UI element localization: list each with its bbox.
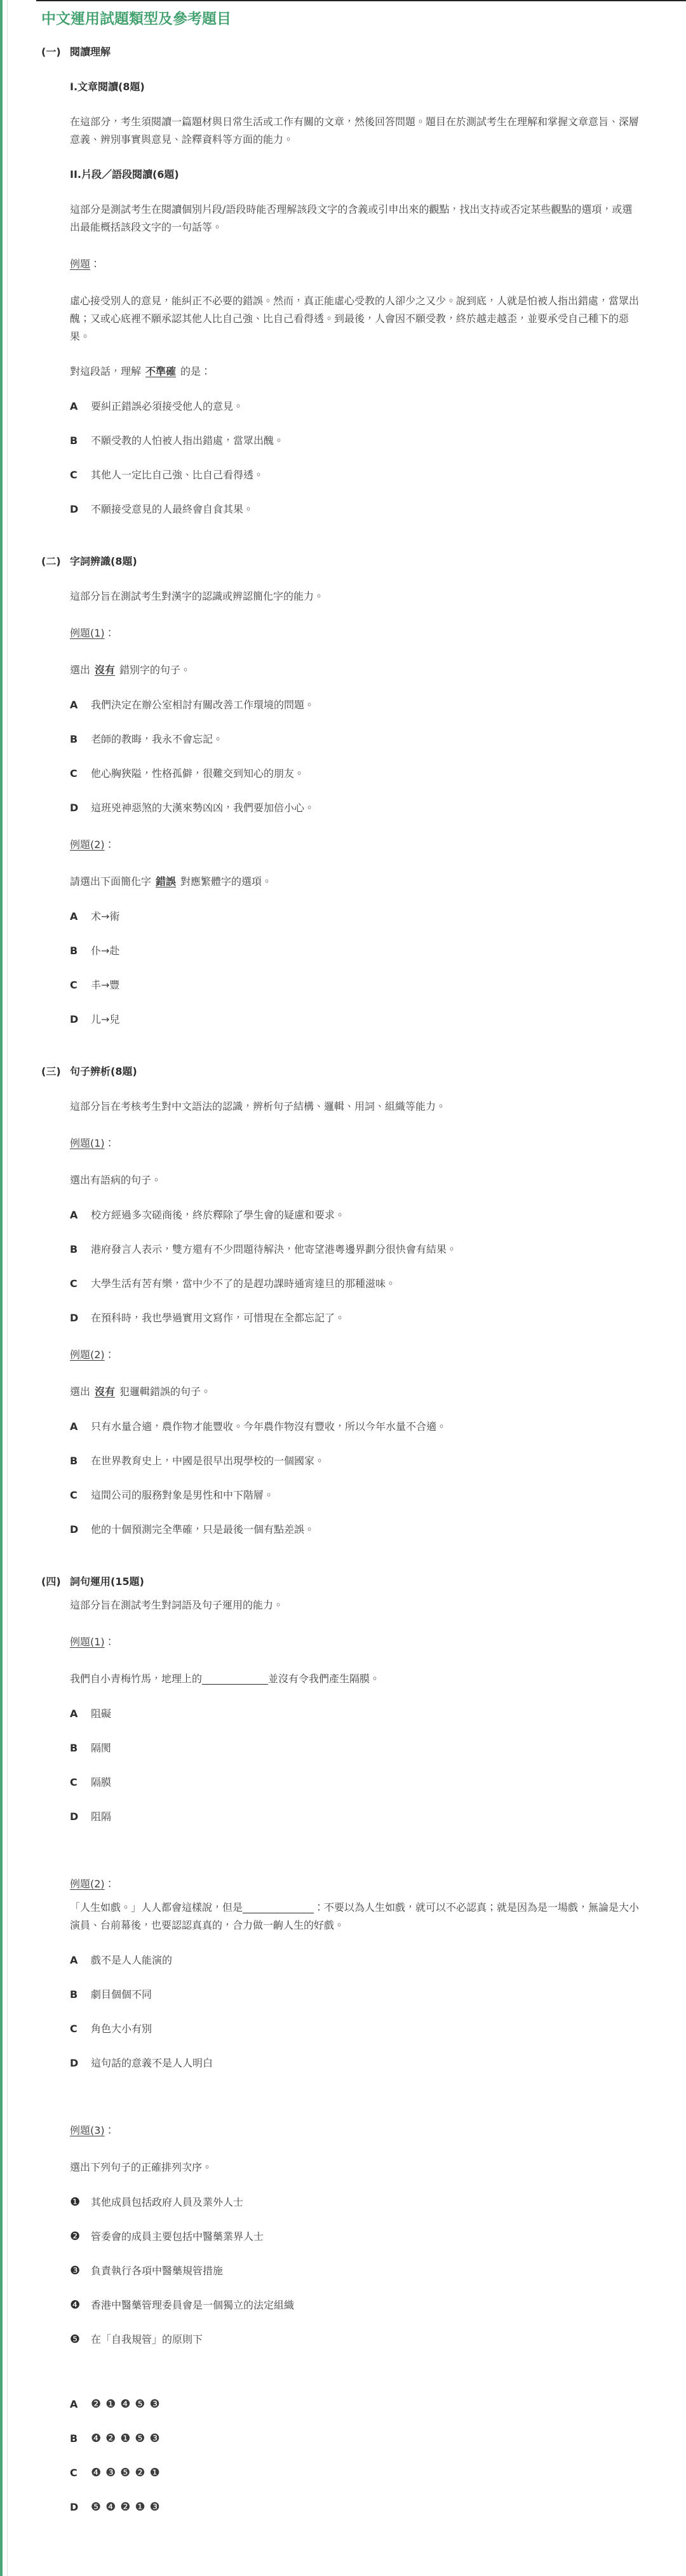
circled-number-icon: ❸	[70, 2262, 91, 2280]
sequence-item-row: ❹香港中醫藥管理委員會是一個獨立的法定組織	[70, 2296, 642, 2314]
example-label: 例題(1)	[70, 627, 105, 639]
option-text: 只有水量合適，農作物才能豐收。今年農作物沒有豐收，所以今年水量不合適。	[91, 1418, 642, 1436]
option-letter: C	[70, 1487, 91, 1504]
option-row: A我們決定在辦公室相討有關改善工作環境的問題。	[70, 696, 642, 714]
option-letter: B	[70, 1452, 91, 1470]
option-row: B港府發言人表示，雙方還有不少問題待解決，他寄望港粵邊界劃分很快會有結果。	[70, 1241, 642, 1258]
section-character-recognition: (二) 字詞辨識(8題) 這部分旨在測試考生對漢字的認識或辨認簡化字的能力。 例…	[41, 553, 642, 1028]
sequence-item-text: 負責執行各項中醫藥規管措施	[91, 2262, 642, 2280]
label-colon: ：	[105, 2124, 115, 2136]
option-letter: B	[70, 1986, 91, 2004]
section-heading: 閱讀理解	[70, 43, 642, 61]
example-label-row: 例題(2)：	[70, 836, 642, 854]
label-colon: ：	[105, 1636, 115, 1648]
option-text: 港府發言人表示，雙方還有不少問題待解決，他寄望港粵邊界劃分很快會有結果。	[91, 1241, 642, 1258]
option-text: 不願接受意見的人最終會自食其果。	[91, 501, 642, 518]
option-text: 角色大小有別	[91, 2020, 642, 2038]
option-letter: D	[70, 2498, 91, 2516]
paragraph: 這部分是測試考生在閱讀個別片段/語段時能否理解該段文字的含義或引申出來的觀點，找…	[70, 201, 642, 236]
option-text: 丰→豐	[91, 976, 642, 994]
option-row: D阻隔	[70, 1808, 642, 1826]
example-label-row: 例題(1)：	[70, 624, 642, 642]
option-row: D這班兇神惡煞的大漢來勢凶凶，我們要加倍小心。	[70, 799, 642, 817]
option-letter: C	[70, 2464, 91, 2482]
label-colon: ：	[105, 627, 115, 639]
sequence-item-text: 管委會的成員主要包括中醫藥業界人士	[91, 2228, 642, 2246]
option-row: A阻礙	[70, 1705, 642, 1723]
question-line: 選出下列句子的正確排列次序。	[70, 2159, 642, 2176]
example-label: 例題(1)	[70, 1636, 105, 1648]
option-text: 不願受教的人怕被人指出錯處，當眾出醜。	[91, 432, 642, 450]
option-letter: B	[70, 1739, 91, 1757]
label-colon: ：	[105, 839, 115, 851]
option-text: 這班兇神惡煞的大漢來勢凶凶，我們要加倍小心。	[91, 799, 642, 817]
question-line: 選出有語病的句子。	[70, 1171, 642, 1189]
option-text: 阻隔	[91, 1808, 642, 1826]
section-intro: 這部分旨在考核考生對中文語法的認識，辨析句子結構、邏輯、用詞、組織等能力。	[70, 1098, 642, 1116]
option-row: A❷❶❹❺❸	[70, 2396, 642, 2413]
example-passage: 虛心接受別人的意見，能糾正不必要的錯誤。然而，真正能虛心受教的人卻少之又少。說到…	[70, 292, 642, 346]
option-row: B劇目個個不同	[70, 1986, 642, 2004]
option-text: 這間公司的服務對象是男性和中下階層。	[91, 1487, 642, 1504]
sequence-item-row: ❺在「自我規管」的原則下	[70, 2331, 642, 2349]
example-label-row: 例題(1)：	[70, 1633, 642, 1651]
option-sequence: ❺❹❷❶❸	[91, 2498, 642, 2516]
option-letter: A	[70, 398, 91, 415]
option-row: B不願受教的人怕被人指出錯處，當眾出醜。	[70, 432, 642, 450]
option-row: B老師的教晦，我永不會忘記。	[70, 731, 642, 748]
question-emphasis: 沒有	[95, 664, 115, 676]
option-row: C這間公司的服務對象是男性和中下階層。	[70, 1487, 642, 1504]
option-letter: C	[70, 765, 91, 783]
option-letter: A	[70, 2396, 91, 2413]
question-pre: 對這段話，理解	[70, 365, 141, 377]
sequence-item-text: 其他成員包括政府人員及業外人士	[91, 2194, 642, 2211]
option-letter: D	[70, 799, 91, 817]
option-text: 术→術	[91, 908, 642, 926]
spacer	[70, 1842, 642, 1856]
section-reading-comprehension: (一) 閱讀理解 I.文章閱讀(8題) 在這部分，考生須閱讀一篇題材與日常生活或…	[41, 43, 642, 518]
example-label-row: 例題(1)：	[70, 1135, 642, 1152]
option-letter: A	[70, 908, 91, 926]
question-line: 請選出下面簡化字錯誤對應繁體字的選項。	[70, 873, 642, 891]
option-letter: D	[70, 1808, 91, 1826]
example-label: 例題(1)	[70, 1137, 105, 1149]
example-label-row: 例題：	[70, 255, 642, 273]
option-text: 大學生活有苦有樂，當中少不了的是趕功課時通宵達旦的那種滋味。	[91, 1275, 642, 1293]
option-text: 他的十個預測完全準確，只是最後一個有點差誤。	[91, 1521, 642, 1539]
option-row: C丰→豐	[70, 976, 642, 994]
question-post: 犯邏輯錯誤的句子。	[119, 1386, 211, 1398]
example-label: 例題(2)	[70, 1878, 105, 1890]
question-pre: 請選出下面簡化字	[70, 875, 151, 887]
question-post: 錯別字的句子。	[119, 664, 191, 676]
option-text: 隔閡	[91, 1739, 642, 1757]
question-pre: 選出	[70, 1386, 90, 1398]
section-word-sentence-usage: (四) 詞句運用(15題) 這部分旨在測試考生對詞語及句子運用的能力。 例題(1…	[41, 1573, 642, 2516]
circled-number-icon: ❹	[70, 2296, 91, 2314]
section-intro: 這部分旨在測試考生對漢字的認識或辨認簡化字的能力。	[70, 588, 642, 605]
section-heading: 詞句運用(15題)	[70, 1573, 642, 1591]
option-row: A戲不是人人能演的	[70, 1952, 642, 1969]
example-label-row: 例題(2)：	[70, 1346, 642, 1364]
option-letter: D	[70, 1521, 91, 1539]
sequence-item-text: 香港中醫藥管理委員會是一個獨立的法定組織	[91, 2296, 642, 2314]
section-number: (二)	[41, 553, 61, 570]
section-heading: 句子辨析(8題)	[70, 1063, 642, 1081]
section-number: (一)	[41, 43, 61, 61]
section-sentence-analysis: (三) 句子辨析(8題) 這部分旨在考核考生對中文語法的認識，辨析句子結構、邏輯…	[41, 1063, 642, 1539]
question-emphasis: 錯誤	[156, 875, 176, 887]
option-letter: B	[70, 731, 91, 748]
document-page: 中文運用試題類型及參考題目 (一) 閱讀理解 I.文章閱讀(8題) 在這部分，考…	[0, 0, 686, 2576]
example-label: 例題(2)	[70, 1349, 105, 1361]
example-label: 例題(3)	[70, 2124, 105, 2136]
option-row: D他的十個預測完全準確，只是最後一個有點差誤。	[70, 1521, 642, 1539]
circled-number-icon: ❷	[70, 2228, 91, 2246]
option-row: A术→術	[70, 908, 642, 926]
circled-number-icon: ❺	[70, 2331, 91, 2349]
question-line: 選出沒有犯邏輯錯誤的句子。	[70, 1383, 642, 1401]
example-label-row: 例題(3)：	[70, 2122, 642, 2140]
option-text: 戲不是人人能演的	[91, 1952, 642, 1969]
question-post: 對應繁體字的選項。	[180, 875, 272, 887]
option-row: C他心胸狹隘，性格孤僻，很難交到知心的朋友。	[70, 765, 642, 783]
question-line: 選出沒有錯別字的句子。	[70, 661, 642, 679]
option-letter: D	[70, 501, 91, 518]
question-line: 我們自小青梅竹馬，地理上的_____________並沒有令我們產生隔膜。	[70, 1670, 642, 1688]
option-row: C大學生活有苦有樂，當中少不了的是趕功課時通宵達旦的那種滋味。	[70, 1275, 642, 1293]
option-letter: A	[70, 1705, 91, 1723]
option-row: D❺❹❷❶❸	[70, 2498, 642, 2516]
option-text: 其他人一定比自己強、比自己看得透。	[91, 466, 642, 484]
circled-number-icon: ❶	[70, 2194, 91, 2211]
section-heading: 字詞辨識(8題)	[70, 553, 642, 570]
question-emphasis: 沒有	[95, 1386, 115, 1398]
top-rule-line	[36, 0, 686, 1]
question-post: 的是：	[180, 365, 211, 377]
option-text: 他心胸狹隘，性格孤僻，很難交到知心的朋友。	[91, 765, 642, 783]
section-number: (四)	[41, 1573, 61, 1591]
option-text: 這句話的意義不是人人明白	[91, 2054, 642, 2072]
option-row: B❹❷❶❺❸	[70, 2430, 642, 2448]
example-label: 例題(2)	[70, 839, 105, 851]
option-text: 隔膜	[91, 1774, 642, 1791]
sequence-item-row: ❸負責執行各項中醫藥規管措施	[70, 2262, 642, 2280]
option-text: 要糾正錯誤必須接受他人的意見。	[91, 398, 642, 415]
paragraph: 在這部分，考生須閱讀一篇題材與日常生活或工作有關的文章，然後回答問題。題目在於測…	[70, 113, 642, 149]
option-letter: B	[70, 432, 91, 450]
option-sequence: ❷❶❹❺❸	[91, 2396, 642, 2413]
option-row: C角色大小有別	[70, 2020, 642, 2038]
option-row: B在世界教育史上，中國是很早出現學校的一個國家。	[70, 1452, 642, 1470]
page-title: 中文運用試題類型及參考題目	[41, 9, 642, 29]
option-text: 我們決定在辦公室相討有關改善工作環境的問題。	[91, 696, 642, 714]
option-text: 在世界教育史上，中國是很早出現學校的一個國家。	[91, 1452, 642, 1470]
option-row: C隔膜	[70, 1774, 642, 1791]
option-text: 仆→赴	[91, 942, 642, 960]
example-label-row: 例題(2)：	[70, 1875, 642, 1893]
question-emphasis: 不準確	[145, 365, 176, 377]
left-rule-line	[7, 0, 8, 2576]
option-letter: B	[70, 1241, 91, 1258]
option-text: 老師的教晦，我永不會忘記。	[91, 731, 642, 748]
sequence-item-row: ❶其他成員包括政府人員及業外人士	[70, 2194, 642, 2211]
option-letter: A	[70, 1952, 91, 1969]
option-letter: C	[70, 976, 91, 994]
label-colon: ：	[105, 1878, 115, 1890]
option-row: C❹❸❺❷❶	[70, 2464, 642, 2482]
option-letter: D	[70, 1309, 91, 1327]
spacer	[70, 2089, 642, 2103]
option-letter: B	[70, 2430, 91, 2448]
option-letter: C	[70, 1275, 91, 1293]
question-line: 對這段話，理解不準確的是：	[70, 363, 642, 381]
option-row: D不願接受意見的人最終會自食其果。	[70, 501, 642, 518]
option-text: 儿→兒	[91, 1011, 642, 1028]
option-row: D這句話的意義不是人人明白	[70, 2054, 642, 2072]
example-passage: 「人生如戲。」人人都會這樣說，但是______________：不要以為人生如戲…	[70, 1899, 642, 1934]
option-row: A只有水量合適，農作物才能豐收。今年農作物沒有豐收，所以今年水量不合適。	[70, 1418, 642, 1436]
left-accent-bar	[0, 0, 3, 2576]
option-text: 劇目個個不同	[91, 1986, 642, 2004]
option-text: 校方經過多次磋商後，終於釋除了學生會的疑慮和要求。	[91, 1206, 642, 1224]
label-colon: ：	[105, 1349, 115, 1361]
option-row: D在預科時，我也學過實用文寫作，可惜現在全都忘記了。	[70, 1309, 642, 1327]
option-sequence: ❹❸❺❷❶	[91, 2464, 642, 2482]
option-row: B仆→赴	[70, 942, 642, 960]
label-colon: ：	[90, 258, 100, 270]
option-row: C其他人一定比自己強、比自己看得透。	[70, 466, 642, 484]
option-letter: B	[70, 942, 91, 960]
option-row: A校方經過多次磋商後，終於釋除了學生會的疑慮和要求。	[70, 1206, 642, 1224]
option-row: A要糾正錯誤必須接受他人的意見。	[70, 398, 642, 415]
section-intro: 這部分旨在測試考生對詞語及句子運用的能力。	[70, 1596, 642, 1614]
option-letter: A	[70, 696, 91, 714]
option-letter: D	[70, 1011, 91, 1028]
example-label: 例題	[70, 258, 90, 270]
sequence-item-row: ❷管委會的成員主要包括中醫藥業界人士	[70, 2228, 642, 2246]
sequence-item-text: 在「自我規管」的原則下	[91, 2331, 642, 2349]
option-letter: C	[70, 466, 91, 484]
option-letter: C	[70, 1774, 91, 1791]
option-sequence: ❹❷❶❺❸	[91, 2430, 642, 2448]
option-text: 阻礙	[91, 1705, 642, 1723]
option-row: B隔閡	[70, 1739, 642, 1757]
option-letter: A	[70, 1206, 91, 1224]
spacer	[70, 2365, 642, 2379]
section-number: (三)	[41, 1063, 61, 1081]
question-pre: 選出	[70, 664, 90, 676]
option-row: D儿→兒	[70, 1011, 642, 1028]
option-text: 在預科時，我也學過實用文寫作，可惜現在全都忘記了。	[91, 1309, 642, 1327]
option-letter: D	[70, 2054, 91, 2072]
subsection-heading-article-reading: I.文章閱讀(8題)	[70, 78, 642, 96]
label-colon: ：	[105, 1137, 115, 1149]
option-letter: A	[70, 1418, 91, 1436]
option-letter: C	[70, 2020, 91, 2038]
subsection-heading-passage-reading: II.片段／語段閱讀(6題)	[70, 166, 642, 184]
